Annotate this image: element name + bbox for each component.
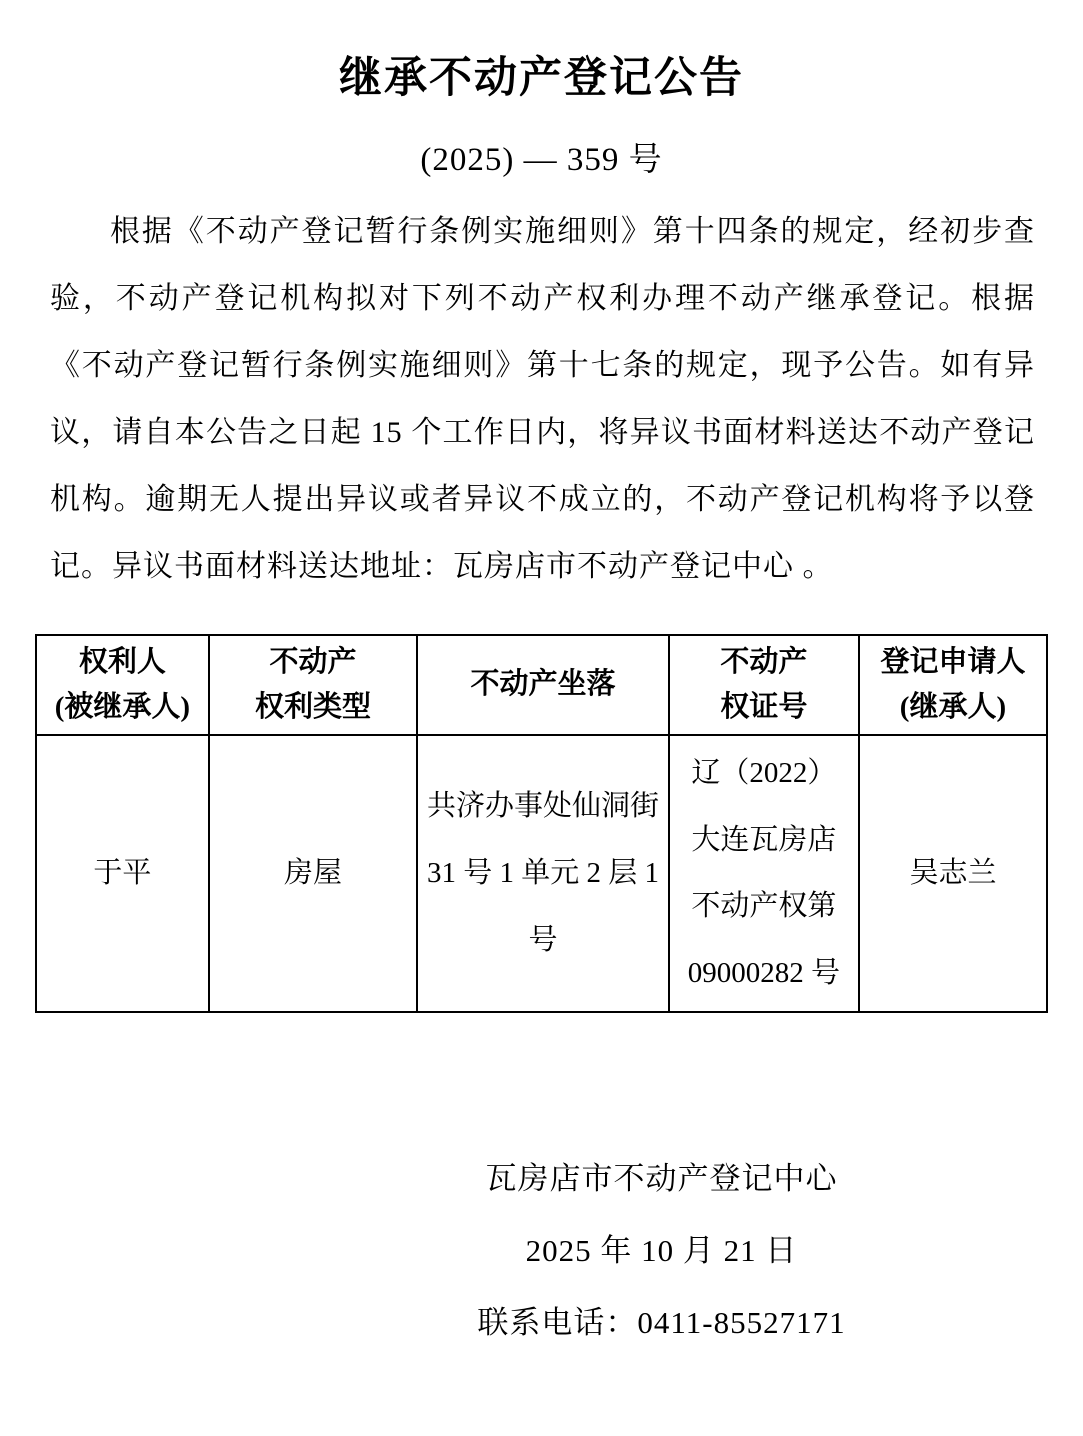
footer-organization: 瓦房店市不动产登记中心 bbox=[240, 1153, 1083, 1198]
header-line: 不动产坐落 bbox=[426, 662, 660, 707]
document-footer: 瓦房店市不动产登记中心 2025 年 10 月 21 日 联系电话：0411-8… bbox=[240, 1153, 1083, 1342]
header-line: 登记申请人 bbox=[868, 640, 1038, 685]
cell-property-location: 共济办事处仙洞街 31 号 1 单元 2 层 1 号 bbox=[417, 735, 669, 1012]
header-line: 权利类型 bbox=[218, 685, 408, 730]
table-header-right-type: 不动产 权利类型 bbox=[209, 635, 417, 735]
footer-date: 2025 年 10 月 21 日 bbox=[240, 1225, 1083, 1270]
document-title: 继承不动产登记公告 bbox=[0, 44, 1083, 105]
cell-rights-holder: 于平 bbox=[36, 735, 209, 1012]
table-header-certificate-number: 不动产 权证号 bbox=[669, 635, 859, 735]
registration-table: 权利人 (被继承人) 不动产 权利类型 不动产坐落 不动产 权证号 登记申请人 bbox=[35, 634, 1048, 1013]
cell-certificate-number: 辽（2022）大连瓦房店不动产权第 09000282 号 bbox=[669, 735, 859, 1012]
header-line: 权证号 bbox=[678, 685, 850, 730]
cell-applicant: 吴志兰 bbox=[859, 735, 1047, 1012]
header-line: (继承人) bbox=[868, 685, 1038, 730]
body-paragraph: 根据《不动产登记暂行条例实施细则》第十四条的规定，经初步查验，不动产登记机构拟对… bbox=[50, 198, 1035, 600]
header-line: 不动产 bbox=[678, 640, 850, 685]
header-line: 不动产 bbox=[218, 640, 408, 685]
table-header-property-location: 不动产坐落 bbox=[417, 635, 669, 735]
table-header-rights-holder: 权利人 (被继承人) bbox=[36, 635, 209, 735]
table-header-row: 权利人 (被继承人) 不动产 权利类型 不动产坐落 不动产 权证号 登记申请人 bbox=[36, 635, 1047, 735]
document-number: (2025) — 359 号 bbox=[0, 133, 1083, 180]
header-line: (被继承人) bbox=[45, 685, 200, 730]
table-header-applicant: 登记申请人 (继承人) bbox=[859, 635, 1047, 735]
header-line: 权利人 bbox=[45, 640, 200, 685]
cell-right-type: 房屋 bbox=[209, 735, 417, 1012]
footer-phone: 联系电话：0411-85527171 bbox=[240, 1297, 1083, 1342]
table-row: 于平 房屋 共济办事处仙洞街 31 号 1 单元 2 层 1 号 辽（2022）… bbox=[36, 735, 1047, 1012]
announcement-document: 继承不动产登记公告 (2025) — 359 号 根据《不动产登记暂行条例实施细… bbox=[0, 0, 1083, 1436]
